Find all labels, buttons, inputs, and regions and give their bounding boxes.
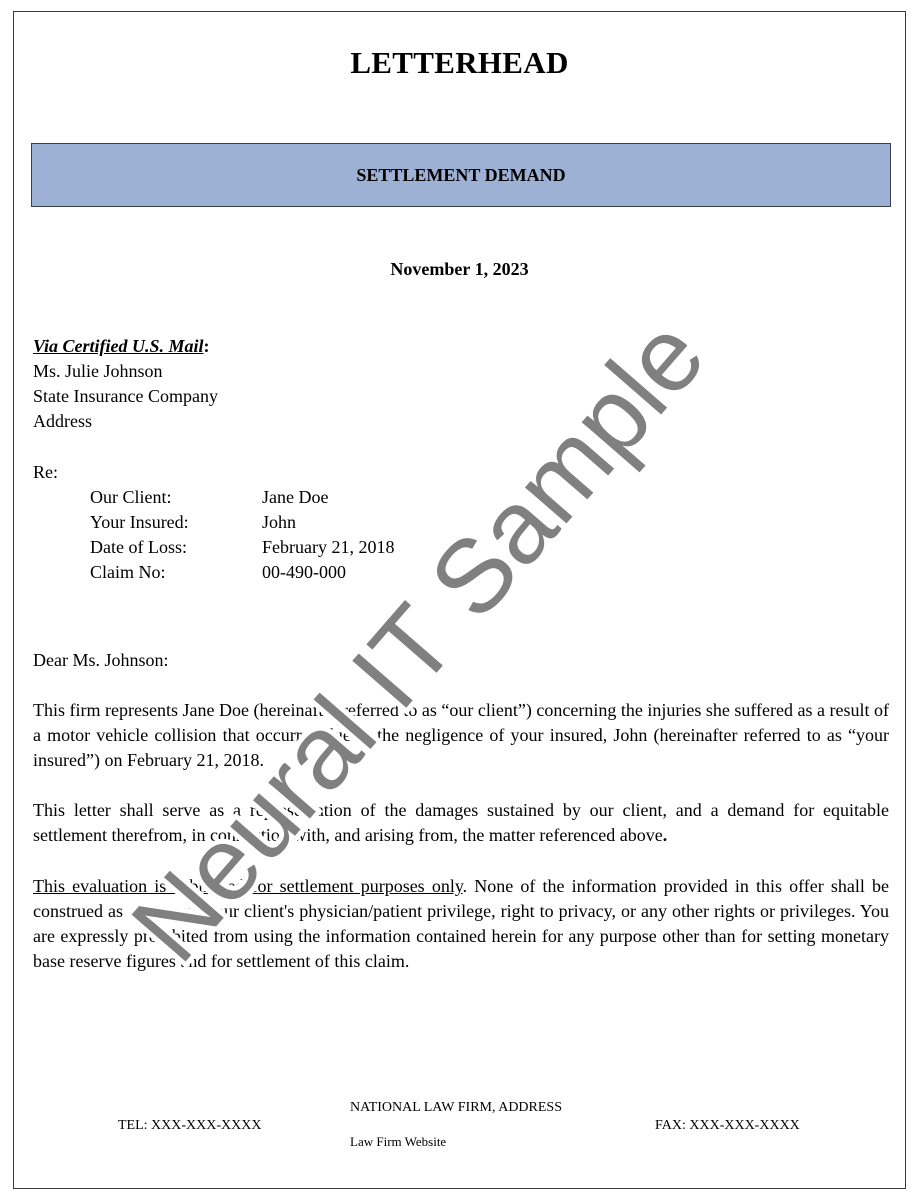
- settlement-demand-banner: SETTLEMENT DEMAND: [31, 143, 891, 207]
- recipient-company: State Insurance Company: [33, 384, 889, 409]
- letter-page: LETTERHEAD SETTLEMENT DEMAND November 1,…: [13, 11, 906, 1189]
- re-details: Our Client: Jane Doe Your Insured: John …: [90, 485, 394, 585]
- paragraph-disclaimer: This evaluation is submitted for settlem…: [33, 874, 889, 974]
- re-row-claim-no: Claim No: 00-490-000: [90, 560, 394, 585]
- letterhead-title: LETTERHEAD: [14, 45, 905, 81]
- footer-fax: FAX: XXX-XXX-XXXX: [655, 1118, 800, 1134]
- footer-firm-address: NATIONAL LAW FIRM, ADDRESS: [350, 1100, 562, 1116]
- delivery-label: Via Certified U.S. Mail: [33, 336, 204, 356]
- recipient-block: Via Certified U.S. Mail: Ms. Julie Johns…: [33, 334, 889, 434]
- banner-title: SETTLEMENT DEMAND: [356, 165, 565, 186]
- delivery-method: Via Certified U.S. Mail:: [33, 334, 889, 359]
- footer-tel: TEL: XXX-XXX-XXXX: [118, 1118, 261, 1134]
- re-row-date-of-loss: Date of Loss: February 21, 2018: [90, 535, 394, 560]
- re-row-client: Our Client: Jane Doe: [90, 485, 394, 510]
- re-row-insured: Your Insured: John: [90, 510, 394, 535]
- re-label: Re:: [33, 460, 889, 485]
- letter-date: November 1, 2023: [14, 259, 905, 280]
- recipient-name: Ms. Julie Johnson: [33, 359, 889, 384]
- paragraph-representation: This firm represents Jane Doe (hereinaft…: [33, 698, 889, 773]
- recipient-address: Address: [33, 409, 889, 434]
- salutation: Dear Ms. Johnson:: [33, 648, 889, 673]
- disclaimer-underlined: This evaluation is submitted for settlem…: [33, 876, 463, 896]
- footer-website: Law Firm Website: [350, 1134, 446, 1150]
- paragraph-demand: This letter shall serve as a representat…: [33, 798, 889, 848]
